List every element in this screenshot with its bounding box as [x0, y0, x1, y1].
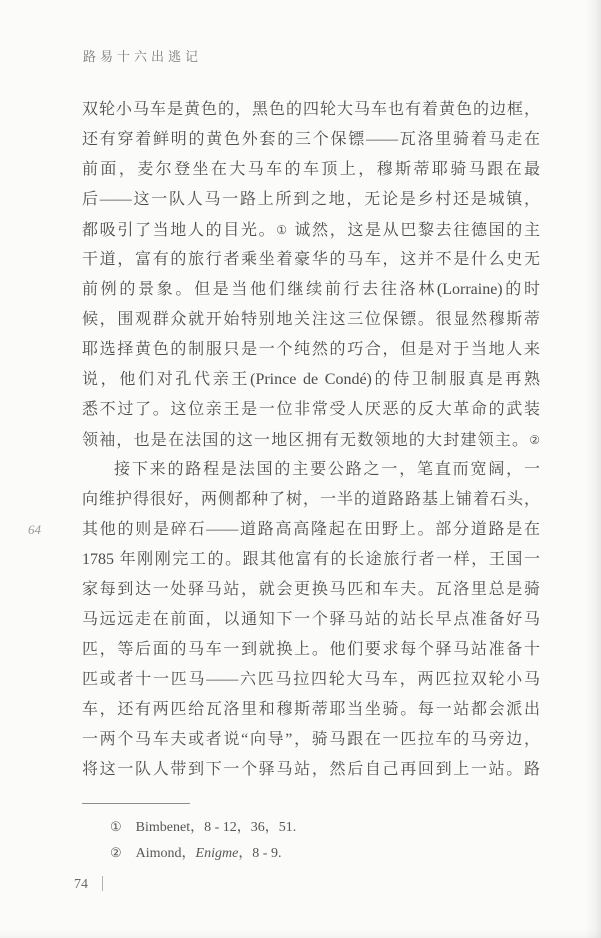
text-line: 前面，麦尔登坐在大马车的车顶上，穆斯蒂耶骑马跟在最 — [82, 155, 540, 185]
text-line: 匹或者十一匹马——六匹马拉四轮大马车，两匹拉双轮小马 — [82, 665, 540, 695]
text-line: 悉不过了。这位亲王是一位非常受人厌恶的反大革命的武装 — [82, 395, 540, 425]
footnote-item: ②Aimond，Enigme，8 - 9. — [82, 840, 540, 866]
text-line: 候，围观群众就开始特别地关注这三位保镖。很显然穆斯蒂 — [82, 305, 540, 335]
footnote-marker: ① — [110, 819, 122, 834]
text-line: 家每到达一处驿马站，就会更换马匹和车夫。瓦洛里总是骑 — [82, 575, 540, 605]
page-footer: 74 — [74, 876, 103, 893]
text-line: 向维护得很好，两侧都种了树，一半的道路路基上铺着石头， — [82, 485, 540, 515]
text-line: 前例的景象。但是当他们继续前行去往洛林(Lorraine)的时 — [82, 275, 540, 305]
footnote-reference: ② — [529, 433, 540, 447]
book-page: 路易十六出逃记 64 双轮小马车是黄色的，黑色的四轮大马车也有着黄色的边框，还有… — [0, 0, 601, 938]
text-line: 其他的则是碎石——道路高高隆起在田野上。部分道路是在 — [82, 515, 540, 545]
text-line: 1785 年刚刚完工的。跟其他富有的长途旅行者一样，王国一 — [82, 545, 540, 575]
footnote-text: ，8 - 9. — [238, 846, 281, 861]
page-edge-shadow — [585, 0, 601, 938]
text-line: 一两个马车夫或者说“向导”，骑马跟在一匹拉车的马旁边， — [82, 725, 540, 755]
margin-page-indicator: 64 — [28, 522, 41, 538]
text-line: 领袖，也是在法国的这一地区拥有无数领地的大封建领主。② — [82, 425, 540, 455]
text-line: 还有穿着鲜明的黄色外套的三个保镖——瓦洛里骑着马走在 — [82, 125, 540, 155]
footnote-work-title: Enigme — [196, 846, 239, 861]
text-line: 说，他们对孔代亲王(Prince de Condé)的侍卫制服真是再熟 — [82, 365, 540, 395]
text-line: 耶选择黄色的制服只是一个纯然的巧合，但是对于当地人来 — [82, 335, 540, 365]
text-line: 马远远走在前面，以通知下一个驿马站的站长早点准备好马 — [82, 605, 540, 635]
text-line: 将这一队人带到下一个驿马站，然后自己再回到上一站。路 — [82, 755, 540, 785]
body-text: 双轮小马车是黄色的，黑色的四轮大马车也有着黄色的边框，还有穿着鲜明的黄色外套的三… — [82, 95, 540, 785]
running-header: 路易十六出逃记 — [83, 46, 202, 65]
page-bottom-shadow — [0, 930, 601, 938]
text-line: 车，还有两匹给瓦洛里和穆斯蒂耶当坐骑。每一站都会派出 — [82, 695, 540, 725]
footnote-item: ①Bimbenet，8 - 12，36，51. — [82, 814, 540, 840]
footnote-reference: ① — [276, 223, 288, 237]
text-line: 双轮小马车是黄色的，黑色的四轮大马车也有着黄色的边框， — [82, 95, 540, 125]
footnote-text: Bimbenet，8 - 12，36，51. — [136, 820, 297, 835]
footnotes: ①Bimbenet，8 - 12，36，51.②Aimond，Enigme，8 … — [82, 814, 540, 866]
footnote-divider — [82, 803, 190, 804]
text-line: 后——这一队人马一路上所到之地，无论是乡村还是城镇， — [82, 185, 540, 215]
footer-divider-bar — [102, 876, 103, 891]
footnote-marker: ② — [110, 845, 122, 860]
text-line: 匹，等后面的马车一到就换上。他们要求每个驿马站准备十 — [82, 635, 540, 665]
text-line: 都吸引了当地人的目光。① 诚然，这是从巴黎去往德国的主 — [82, 215, 540, 245]
footnote-text: Aimond， — [136, 846, 196, 861]
text-line: 干道，富有的旅行者乘坐着豪华的马车，这并不是什么史无 — [82, 245, 540, 275]
page-number: 74 — [74, 877, 88, 892]
text-line: 接下来的路程是法国的主要公路之一，笔直而宽阔，一 — [82, 455, 540, 485]
